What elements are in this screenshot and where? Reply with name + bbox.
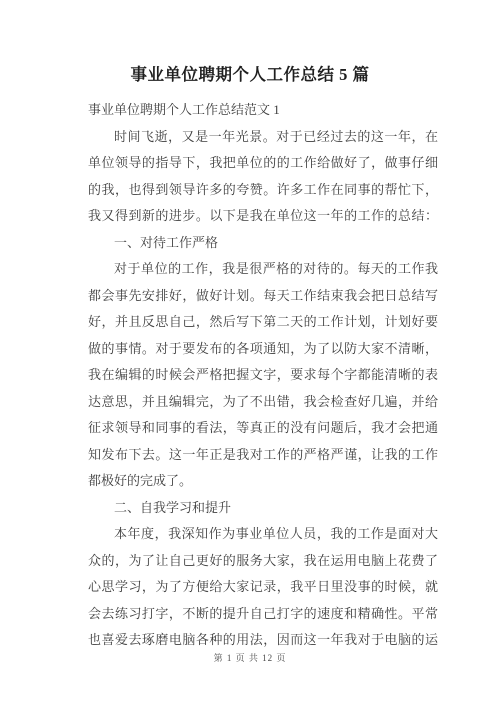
text-line: 达意思，并且编辑完，为了不出错，我会检查好几遍，并给 [88,389,438,416]
document-subtitle: 事业单位聘期个人工作总结范文 1 [88,97,438,124]
text-line: 的我，也得到领导许多的夸赞。许多工作在同事的帮忙下， [88,177,438,204]
text-line: 都会事先安排好，做好计划。每天工作结束我会把日总结写 [88,283,438,310]
text-line: 知发布下去。这一年正是我对工作的严格严谨，让我的工作 [88,442,438,469]
document-title: 事业单位聘期个人工作总结 5 篇 [0,64,500,86]
page-footer: 第 1 页 共 12 页 [0,651,500,665]
text-line: 心思学习，为了方便给大家记录，我平日里没事的时候，就 [88,574,438,601]
text-line: 本年度，我深知作为事业单位人员，我的工作是面对大 [88,521,438,548]
document-body: 事业单位聘期个人工作总结范文 1时间飞逝，又是一年光景。对于已经过去的这一年，在… [88,97,438,654]
text-line: 都极好的完成了。 [88,468,438,495]
text-line: 征求领导和同事的看法，等真正的没有问题后，我才会把通 [88,415,438,442]
text-line: 对于单位的工作，我是很严格的对待的。每天的工作我 [88,256,438,283]
document-page: 事业单位聘期个人工作总结 5 篇 事业单位聘期个人工作总结范文 1时间飞逝，又是… [0,0,500,707]
text-line: 会去练习打字，不断的提升自己打字的速度和精确性。平常 [88,601,438,628]
text-line: 众的，为了让自己更好的服务大家，我在运用电脑上花费了 [88,548,438,575]
text-line: 我在编辑的时候会严格把握文字，要求每个字都能清晰的表 [88,362,438,389]
text-line: 单位领导的指导下，我把单位的的工作给做好了，做事仔细 [88,150,438,177]
section-heading: 二、自我学习和提升 [88,495,438,522]
section-heading: 一、对待工作严格 [88,230,438,257]
text-line: 时间飞逝，又是一年光景。对于已经过去的这一年，在 [88,124,438,151]
text-line: 也喜爱去琢磨电脑各种的用法，因而这一年我对于电脑的运 [88,627,438,654]
text-line: 好，并且反思自己，然后写下第二天的工作计划，计划好要 [88,309,438,336]
text-line: 我又得到新的进步。以下是我在单位这一年的工作的总结： [88,203,438,230]
text-line: 做的事情。对于要发布的各项通知，为了以防大家不清晰， [88,336,438,363]
